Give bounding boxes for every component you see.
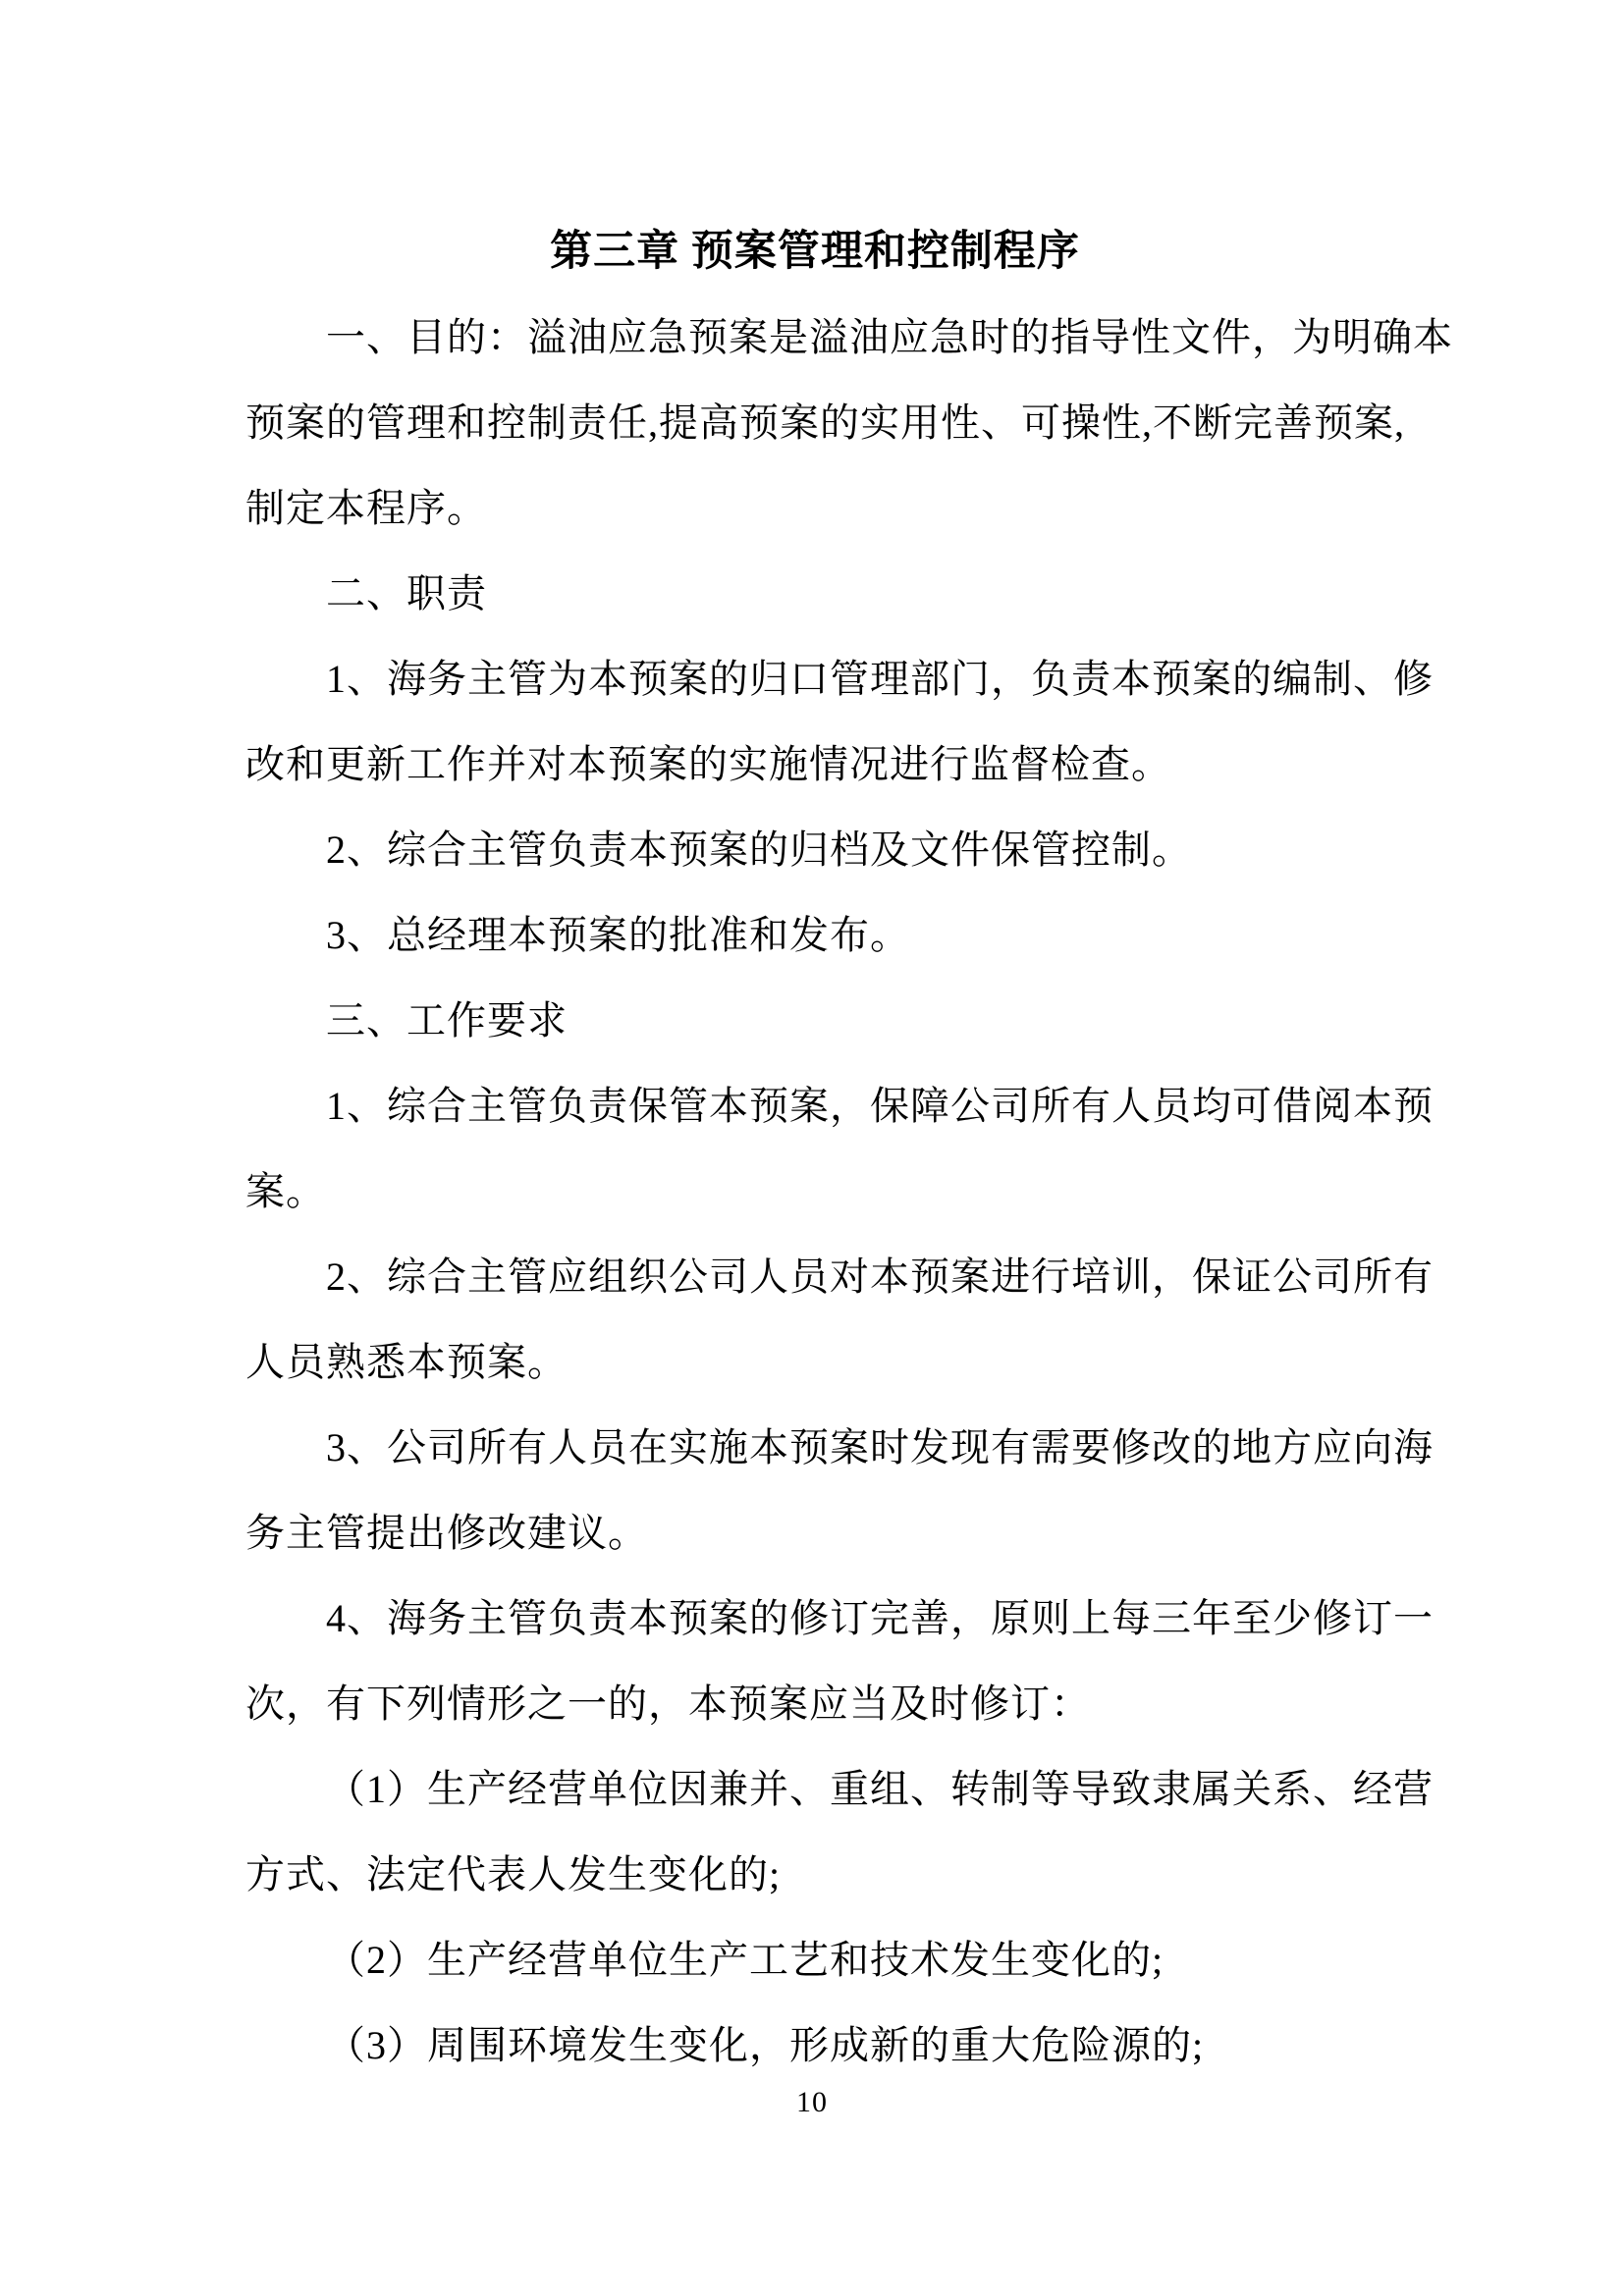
- document-page: 第三章 预案管理和控制程序 一、目的：溢油应急预案是溢油应急时的指导性文件，为明…: [0, 0, 1624, 2296]
- text-line: 二、职责: [245, 551, 1384, 636]
- text-line: 方式、法定代表人发生变化的;: [245, 1832, 1384, 1917]
- text-line: 2、综合主管应组织公司人员对本预案进行培训，保证公司所有: [245, 1234, 1384, 1319]
- text-line: 2、综合主管负责本预案的归档及文件保管控制。: [245, 807, 1384, 892]
- text-line: 人员熟悉本预案。: [245, 1319, 1384, 1405]
- text-line: 4、海务主管负责本预案的修订完善，原则上每三年至少修订一: [245, 1575, 1384, 1661]
- text-line: 1、综合主管负责保管本预案，保障公司所有人员均可借阅本预: [245, 1063, 1384, 1148]
- text-line: 制定本程序。: [245, 465, 1384, 551]
- text-line: 案。: [245, 1148, 1384, 1234]
- text-line: 3、公司所有人员在实施本预案时发现有需要修改的地方应向海: [245, 1405, 1384, 1490]
- text-line: 改和更新工作并对本预案的实施情况进行监督检查。: [245, 721, 1384, 807]
- text-line: 3、总经理本预案的批准和发布。: [245, 892, 1384, 978]
- chapter-title: 第三章 预案管理和控制程序: [245, 209, 1384, 294]
- text-line: 一、目的：溢油应急预案是溢油应急时的指导性文件，为明确本: [245, 294, 1384, 380]
- text-line: （2）生产经营单位生产工艺和技术发生变化的;: [245, 1917, 1384, 2002]
- text-line: 三、工作要求: [245, 978, 1384, 1063]
- text-line: （1）生产经营单位因兼并、重组、转制等导致隶属关系、经营: [245, 1746, 1384, 1832]
- page-number: 10: [0, 2081, 1624, 2124]
- text-line: 预案的管理和控制责任,提高预案的实用性、可操性,不断完善预案,: [245, 380, 1384, 465]
- document-body: 第三章 预案管理和控制程序 一、目的：溢油应急预案是溢油应急时的指导性文件，为明…: [245, 209, 1384, 2088]
- text-line: 次，有下列情形之一的，本预案应当及时修订：: [245, 1661, 1384, 1746]
- text-line: （3）周围环境发生变化，形成新的重大危险源的;: [245, 2002, 1384, 2088]
- text-line: 务主管提出修改建议。: [245, 1490, 1384, 1575]
- text-line: 1、海务主管为本预案的归口管理部门，负责本预案的编制、修: [245, 636, 1384, 721]
